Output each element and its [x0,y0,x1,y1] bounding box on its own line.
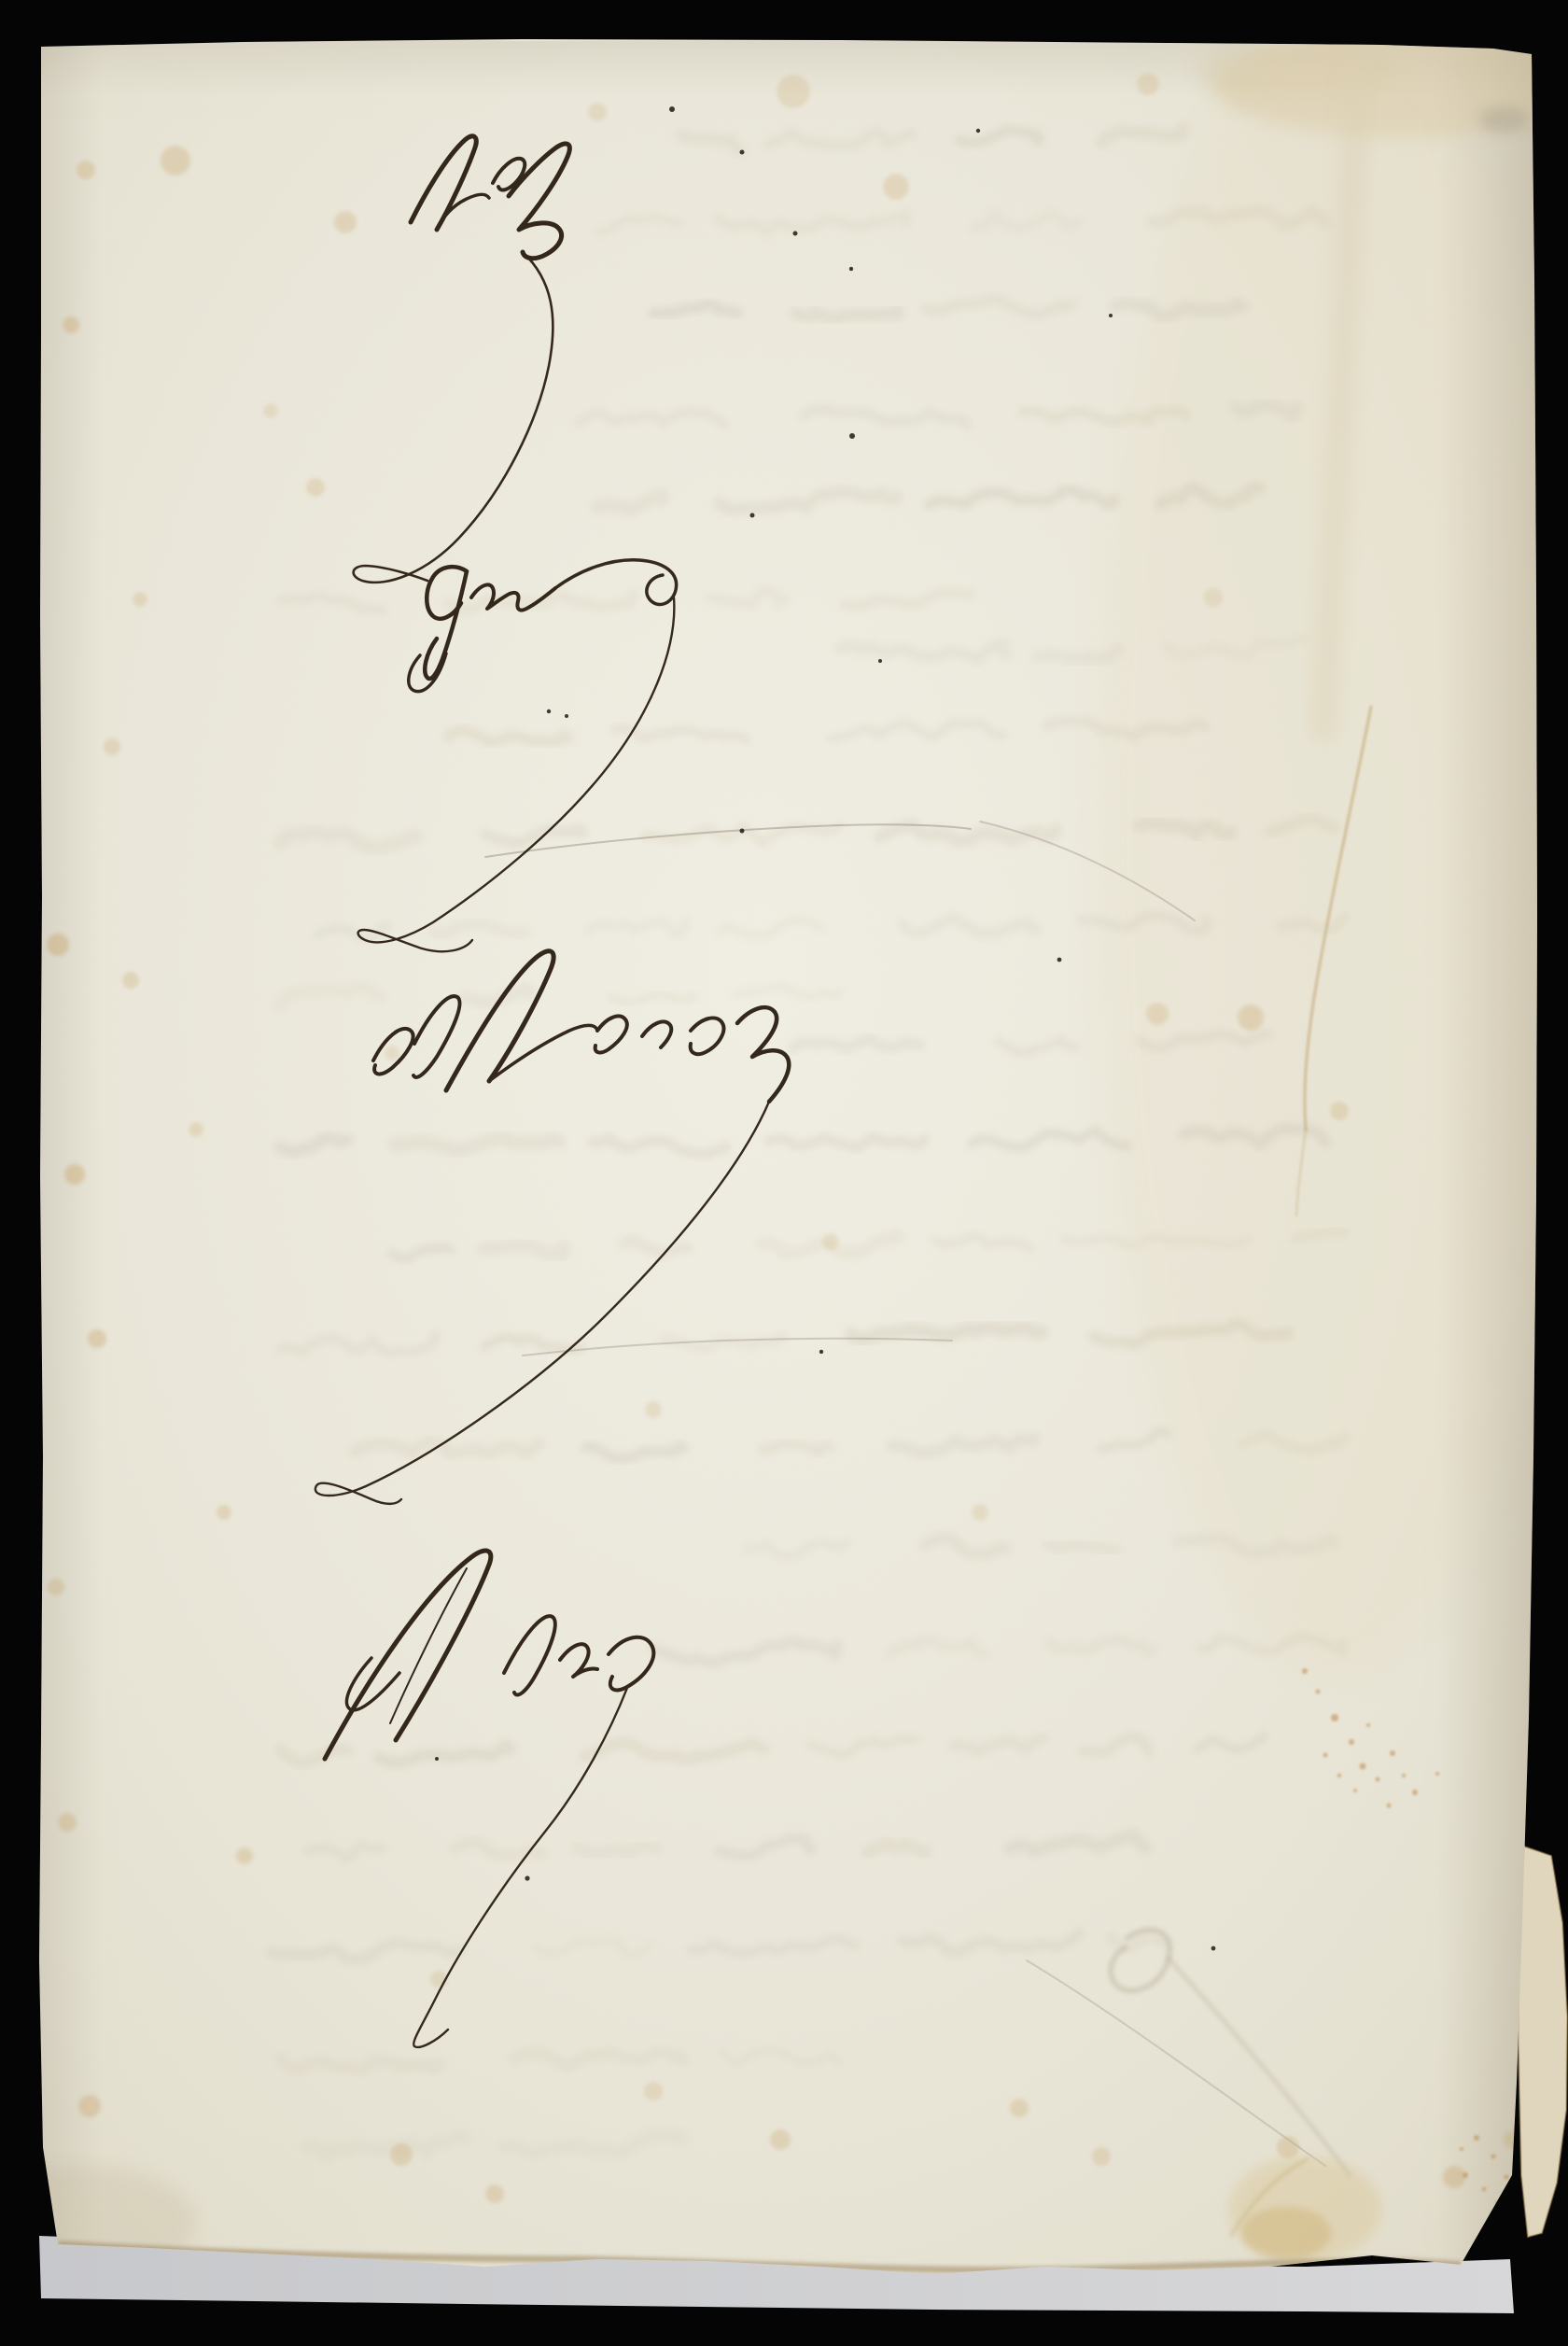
document-photo [0,0,1568,2346]
manuscript-canvas [0,0,1568,2346]
paper-grain-texture [37,39,1540,2280]
